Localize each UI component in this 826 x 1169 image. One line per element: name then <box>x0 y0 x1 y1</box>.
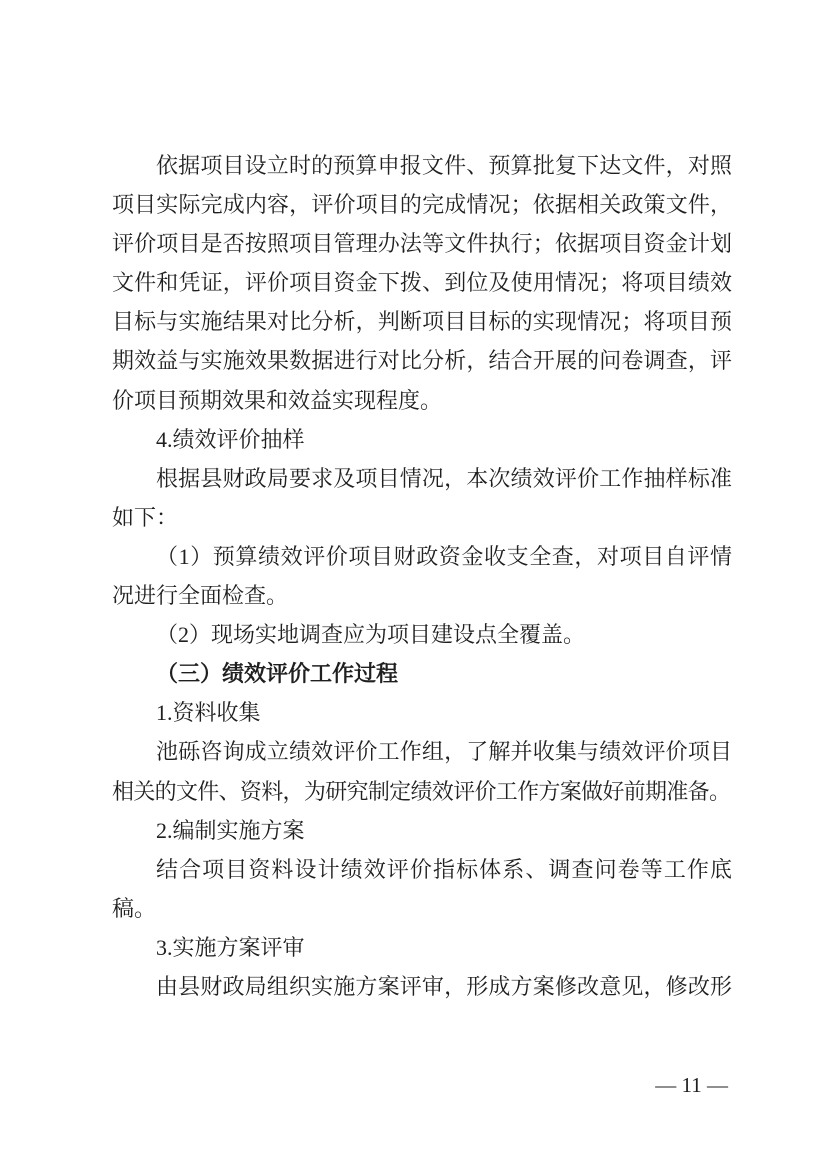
paragraph-line: 目标与实施结果对比分析，判断项目目标的实现情况；将项目预 <box>112 302 732 341</box>
paragraph-line: 评价项目是否按照项目管理办法等文件执行；依据项目资金计划 <box>112 224 732 263</box>
paragraph-line: 相关的文件、资料，为研究制定绩效评价工作方案做好前期准备。 <box>112 772 732 811</box>
paragraph-line: 如下： <box>112 498 732 537</box>
paragraph-line: 文件和凭证，评价项目资金下拨、到位及使用情况；将项目绩效 <box>112 263 732 302</box>
paragraph-line: 依据项目设立时的预算申报文件、预算批复下达文件，对照 <box>112 146 732 185</box>
paragraph-line: 价项目预期效果和效益实现程度。 <box>112 381 732 420</box>
paragraph-line: 根据县财政局要求及项目情况，本次绩效评价工作抽样标准 <box>112 459 732 498</box>
paragraph-line: 由县财政局组织实施方案评审，形成方案修改意见，修改形 <box>112 967 732 1006</box>
item-heading-line: 2.编制实施方案 <box>112 811 732 850</box>
page-number: — 11 — <box>112 1071 728 1099</box>
paragraph-line: 况进行全面检查。 <box>112 576 732 615</box>
item-heading-line: 1.资料收集 <box>112 693 732 732</box>
item-heading-line: 3.实施方案评审 <box>112 928 732 967</box>
document-body: 依据项目设立时的预算申报文件、预算批复下达文件，对照 项目实际完成内容，评价项目… <box>112 146 732 1006</box>
paragraph-line: 结合项目资料设计绩效评价指标体系、调查问卷等工作底 <box>112 850 732 889</box>
document-page: 依据项目设立时的预算申报文件、预算批复下达文件，对照 项目实际完成内容，评价项目… <box>0 0 826 1169</box>
section-heading-line: （三）绩效评价工作过程 <box>112 654 732 693</box>
paragraph-line: 稿。 <box>112 889 732 928</box>
item-heading-line: 4.绩效评价抽样 <box>112 420 732 459</box>
paragraph-line: 期效益与实施效果数据进行对比分析，结合开展的问卷调查，评 <box>112 341 732 380</box>
paragraph-line: （2）现场实地调查应为项目建设点全覆盖。 <box>112 615 732 654</box>
paragraph-line: 项目实际完成内容，评价项目的完成情况；依据相关政策文件， <box>112 185 732 224</box>
paragraph-line: 池砾咨询成立绩效评价工作组，了解并收集与绩效评价项目 <box>112 732 732 771</box>
paragraph-line: （1）预算绩效评价项目财政资金收支全查，对项目自评情 <box>112 537 732 576</box>
